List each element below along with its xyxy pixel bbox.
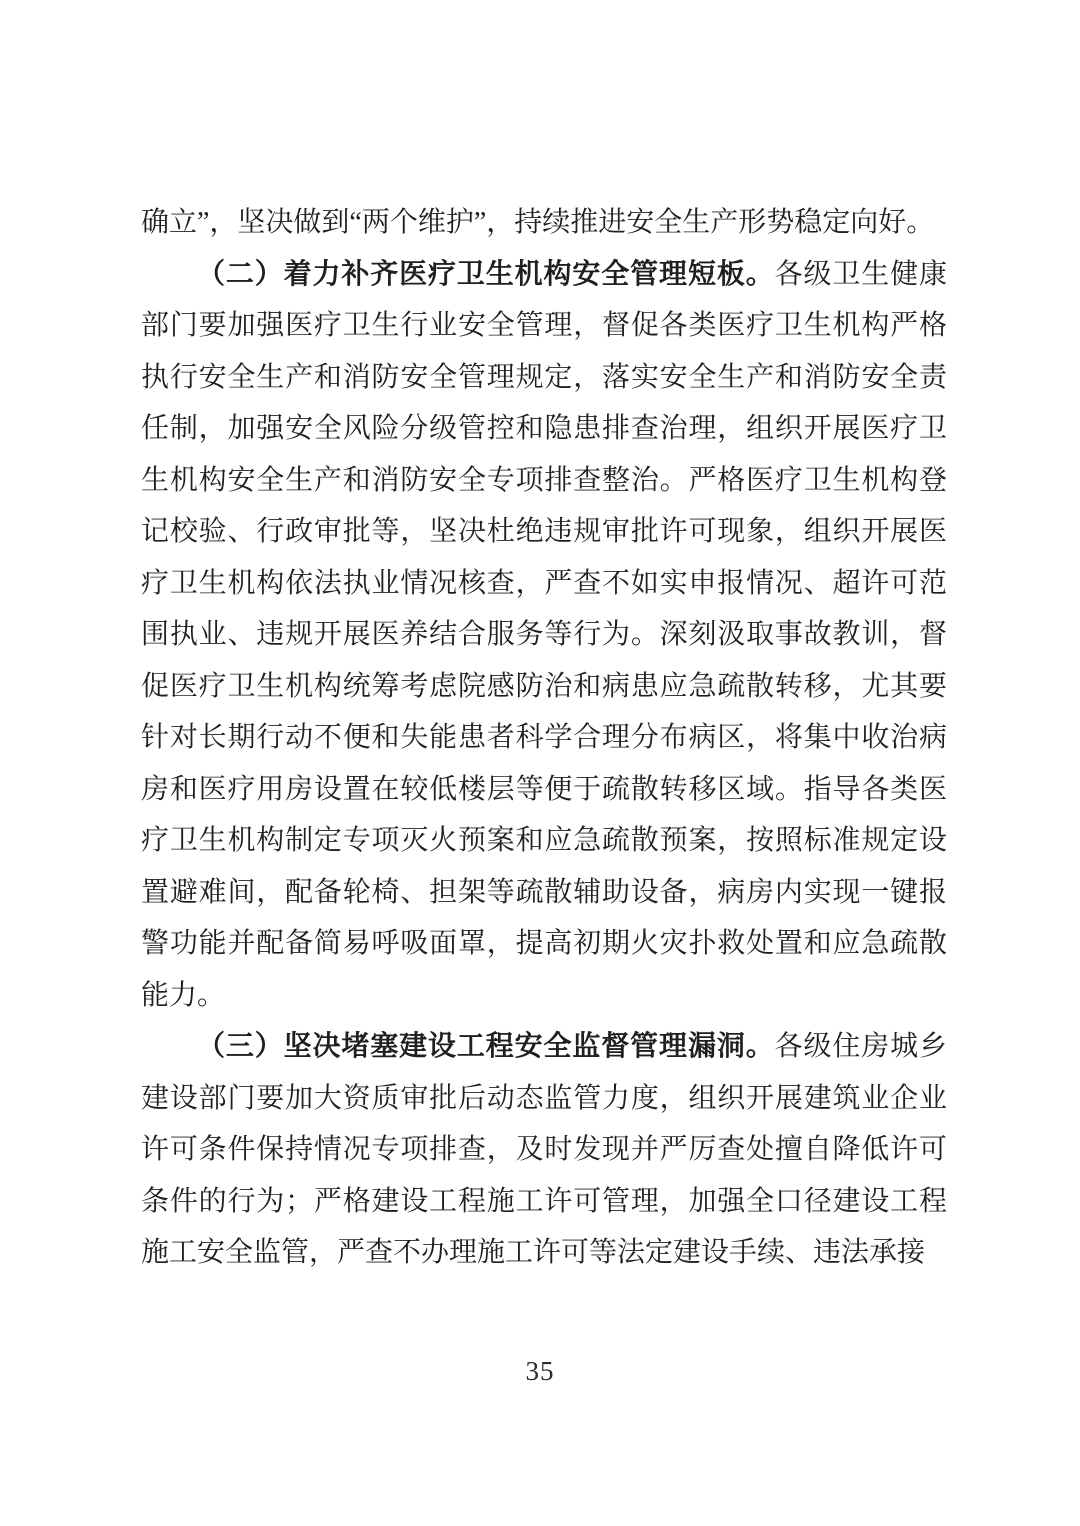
paragraph-text: 各级卫生健康部门要加强医疗卫生行业安全管理，督促各类医疗卫生机构严格执行安全生产… bbox=[141, 259, 947, 1011]
paragraph: 确立”，坚决做到“两个维护”，持续推进安全生产形势稳定向好。 bbox=[141, 197, 947, 249]
paragraph: （三）坚决堵塞建设工程安全监督管理漏洞。各级住房城乡建设部门要加大资质审批后动态… bbox=[141, 1021, 947, 1279]
document-body: 确立”，坚决做到“两个维护”，持续推进安全生产形势稳定向好。 （二）着力补齐医疗… bbox=[141, 197, 947, 1279]
paragraph-text: 各级住房城乡建设部门要加大资质审批后动态监管力度，组织开展建筑业企业许可条件保持… bbox=[141, 1031, 947, 1268]
document-page: 确立”，坚决做到“两个维护”，持续推进安全生产形势稳定向好。 （二）着力补齐医疗… bbox=[0, 0, 1080, 1526]
section-heading: （二）着力补齐医疗卫生机构安全管理短板。 bbox=[197, 259, 775, 290]
paragraph: （二）着力补齐医疗卫生机构安全管理短板。各级卫生健康部门要加强医疗卫生行业安全管… bbox=[141, 249, 947, 1022]
paragraph-text: 确立”，坚决做到“两个维护”，持续推进安全生产形势稳定向好。 bbox=[141, 207, 934, 238]
section-heading: （三）坚决堵塞建设工程安全监督管理漏洞。 bbox=[197, 1031, 775, 1062]
page-number: 35 bbox=[0, 1356, 1080, 1387]
